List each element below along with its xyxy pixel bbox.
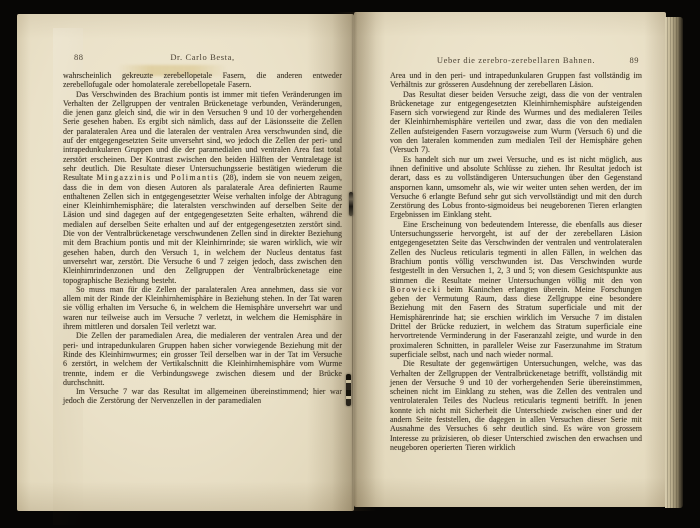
paragraph: Eine Erscheinung von bedeutendem Interes… [390, 220, 642, 359]
text-block-right: Area und in den peri- und intrapedunkula… [390, 71, 642, 452]
page-number: 89 [630, 55, 640, 65]
paragraph: Die Resultate der gegenwärtigen Untersuc… [390, 359, 642, 452]
running-header-text: Ueber die zerebro-zerebellaren Bahnen. [437, 55, 595, 65]
running-header-right: Ueber die zerebro-zerebellaren Bahnen. 8… [390, 55, 642, 65]
book-page-left: 88 Dr. Carlo Besta, wahrscheinlich gekre… [17, 14, 354, 511]
paragraph: Die Zellen der paramedialen Area, die me… [63, 331, 342, 387]
running-header-left: 88 Dr. Carlo Besta, [63, 52, 342, 62]
book-scan: 88 Dr. Carlo Besta, wahrscheinlich gekre… [0, 0, 700, 528]
paragraph: Das Verschwinden des Brachium pontis ist… [63, 90, 342, 285]
paragraph: wahrscheinlich gekreuzte zerebellopetale… [63, 71, 342, 90]
running-header-text: Dr. Carlo Besta, [170, 52, 234, 62]
paragraph: Area und in den peri- und intrapedunkula… [390, 71, 642, 90]
paragraph: Das Resultat dieser beiden Versuche zeig… [390, 90, 642, 155]
book-page-right: Ueber die zerebro-zerebellaren Bahnen. 8… [354, 12, 666, 507]
paragraph: Im Versuche 7 war das Resultat im allgem… [63, 387, 342, 406]
binding-staple [349, 192, 353, 216]
paragraph: Es handelt sich nur um zwei Versuche, un… [390, 155, 642, 220]
text-block-left: wahrscheinlich gekreuzte zerebellopetale… [63, 71, 342, 406]
page-number: 88 [74, 52, 84, 62]
paragraph: So muss man für die Zellen der paralater… [63, 285, 342, 331]
binding-staple [346, 374, 351, 406]
book-fore-edge [665, 17, 683, 508]
